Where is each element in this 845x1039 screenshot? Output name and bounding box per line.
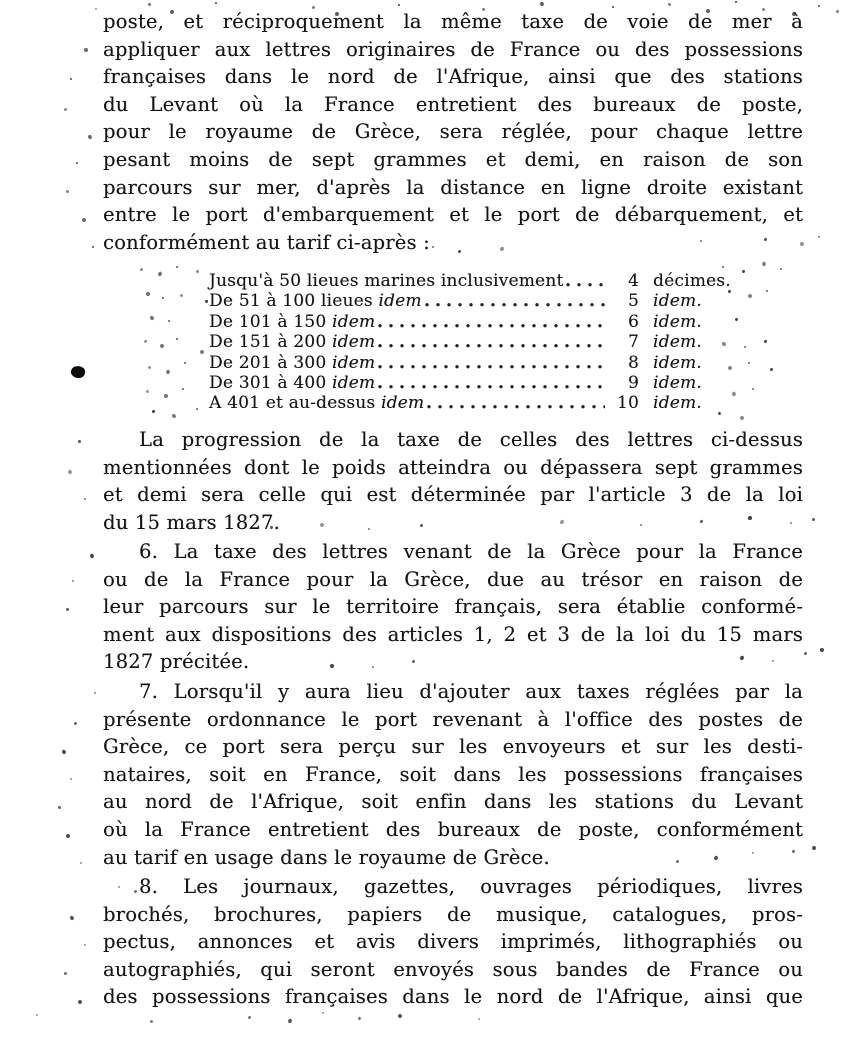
ink-speckle — [780, 268, 782, 270]
ink-speckle — [176, 266, 178, 268]
text-line: nataires, soit en France, soit dans les … — [103, 761, 803, 789]
text-line: 6. La taxe des lettres venant de la Grèc… — [103, 538, 803, 566]
tariff-value: 8 — [609, 353, 639, 373]
ink-speckle — [812, 518, 815, 521]
text-line: où la France entretient des bureaux de p… — [103, 816, 803, 844]
ink-speckle — [818, 236, 821, 239]
ink-speckle — [764, 340, 768, 344]
text-line: entre le port d'embarquement et le port … — [103, 201, 803, 229]
paragraph-progression-taxe: La progression de la taxe de celles des … — [103, 426, 803, 536]
paragraph-article-5-continuation: poste, et réciproquement la même taxe de… — [103, 8, 803, 256]
ink-speckle — [803, 651, 807, 655]
ink-speckle — [770, 368, 773, 371]
tariff-label: De 301 à 400 idem — [209, 373, 375, 393]
dot-leader — [377, 312, 605, 332]
text-line: au tarif en usage dans le royaume de Grè… — [103, 844, 803, 872]
paragraph-article-7: 7. Lorsqu'il y aura lieu d'ajouter aux t… — [103, 678, 803, 871]
tariff-row: De 201 à 300 idem 8 idem. — [103, 353, 753, 373]
ink-speckle — [76, 162, 79, 165]
ink-speckle — [66, 190, 69, 193]
ink-speckle — [357, 1016, 361, 1020]
tariff-label: De 151 à 200 idem — [209, 332, 375, 352]
text-line: parcours sur mer, d'après la distance en… — [103, 174, 803, 202]
text-line: appliquer aux lettres originaires de Fra… — [103, 36, 803, 64]
dot-leader — [426, 393, 605, 413]
tariff-unit: décimes. — [639, 271, 753, 291]
ink-speckle — [172, 414, 177, 419]
tariff-label: De 101 à 150 idem — [209, 312, 375, 332]
text-line: brochés, brochures, papiers de musique, … — [103, 901, 803, 929]
ink-speckle — [147, 2, 151, 6]
tariff-label: Jusqu'à 50 lieues marines inclusivement — [209, 271, 563, 291]
ink-speckle — [717, 411, 721, 415]
text-line: La progression de la taxe de celles des … — [103, 426, 803, 454]
ink-speckle — [87, 134, 92, 139]
ink-speckle — [61, 749, 66, 754]
ink-speckle — [78, 440, 81, 443]
text-line: pour le royaume de Grèce, sera réglée, p… — [103, 118, 803, 146]
ink-speckle — [89, 553, 95, 559]
ink-speckle — [70, 78, 73, 81]
ink-speckle — [58, 806, 61, 809]
ink-speckle — [64, 108, 68, 112]
dot-leader — [424, 291, 605, 311]
tariff-label: De 201 à 300 idem — [209, 353, 375, 373]
tariff-value: 6 — [609, 312, 639, 332]
ink-speckle — [248, 1016, 252, 1020]
text-line: Grèce, ce port sera perçu sur les envoye… — [103, 733, 803, 761]
tariff-unit: idem. — [639, 291, 753, 311]
text-line: ment aux dispositions des articles 1, 2 … — [103, 621, 803, 649]
ink-speckle — [766, 290, 769, 293]
ink-speckle — [735, 1, 737, 3]
ink-speckle — [65, 833, 71, 839]
text-line: 8. Les journaux, gazettes, ouvrages péri… — [103, 873, 803, 901]
tariff-unit: idem. — [639, 373, 753, 393]
ink-speckle — [372, 666, 374, 668]
paragraph-article-6: 6. La taxe des lettres venant de la Grèc… — [103, 538, 803, 676]
tariff-table: Jusqu'à 50 lieues marines inclusivement … — [103, 271, 753, 414]
ink-speckle — [74, 722, 78, 726]
paragraph-article-8: 8. Les journaux, gazettes, ouvrages péri… — [103, 873, 803, 1011]
text-line: 1827 précitée. — [103, 648, 803, 676]
dot-leader — [565, 271, 605, 291]
ink-speckle — [64, 972, 67, 975]
ink-speckle — [722, 342, 726, 346]
dot-leader — [377, 332, 605, 352]
ink-speckle — [184, 362, 186, 364]
ink-speckle — [69, 915, 74, 920]
ink-speckle — [752, 388, 754, 390]
text-line: et demi sera celle qui est déterminée pa… — [103, 481, 803, 509]
tariff-unit: idem. — [639, 312, 753, 332]
tariff-value: 7 — [609, 332, 639, 352]
ink-speckle — [800, 242, 805, 247]
text-line: du 15 mars 1827. — [103, 509, 803, 537]
ink-speckle — [322, 1012, 324, 1014]
ink-speckle — [95, 8, 97, 10]
ink-speckle — [72, 580, 75, 583]
ink-speckle — [84, 498, 86, 500]
text-line: au nord de l'Afrique, soit enfin dans le… — [103, 788, 803, 816]
tariff-row: De 51 à 100 lieues idem 5 idem. — [103, 291, 753, 311]
tariff-unit: idem. — [639, 353, 753, 373]
ink-speckle — [835, 9, 839, 13]
ink-speckle — [84, 48, 88, 52]
tariff-unit: idem. — [639, 332, 753, 352]
dot-leader — [377, 353, 605, 373]
ink-speckle — [739, 415, 744, 420]
text-line: françaises dans le nord de l'Afrique, ai… — [103, 63, 803, 91]
tariff-label: De 51 à 100 lieues idem — [209, 291, 422, 311]
text-line: mentionnées dont le poids atteindra ou d… — [103, 454, 803, 482]
ink-speckle — [94, 692, 97, 695]
tariff-row: A 401 et au-dessus idem 10 idem. — [103, 393, 753, 413]
ink-speckle — [67, 469, 73, 475]
tariff-value: 9 — [609, 373, 639, 393]
text-line: pesant moins de sept grammes et demi, en… — [103, 146, 803, 174]
text-line: poste, et réciproquement la même taxe de… — [103, 8, 803, 36]
ink-speckle — [668, 3, 671, 6]
ink-speckle — [70, 778, 73, 781]
ink-speckle — [150, 1020, 154, 1024]
tariff-value: 4 — [609, 271, 639, 291]
ink-blot — [69, 364, 86, 380]
ink-speckle — [398, 1014, 402, 1018]
dot-leader — [377, 373, 605, 393]
ink-speckle — [81, 217, 87, 223]
text-line: 7. Lorsqu'il y aura lieu d'ajouter aux t… — [103, 678, 803, 706]
text-line: des possessions françaises dans le nord … — [103, 983, 803, 1011]
ink-speckle — [398, 4, 401, 7]
tariff-value: 10 — [609, 393, 639, 413]
tariff-row: De 101 à 150 idem 6 idem. — [103, 312, 753, 332]
ink-speckle — [478, 1018, 481, 1021]
ink-speckle — [77, 999, 83, 1005]
text-line: leur parcours sur le territoire français… — [103, 593, 803, 621]
text-line: ou de la France pour la Grèce, due au tr… — [103, 566, 803, 594]
text-line: autographiés, qui seront envoyés sous ba… — [103, 956, 803, 984]
ink-speckle — [368, 528, 370, 530]
ink-speckle — [539, 1, 544, 6]
scanned-document-page: poste, et réciproquement la même taxe de… — [0, 0, 845, 1039]
ink-speckle — [215, 2, 218, 5]
ink-speckle — [92, 246, 94, 248]
ink-speckle — [812, 846, 816, 850]
ink-speckle — [36, 1014, 38, 1016]
ink-speckle — [80, 862, 82, 864]
ink-speckle — [818, 5, 820, 7]
tariff-row: Jusqu'à 50 lieues marines inclusivement … — [103, 271, 753, 291]
ink-speckle — [84, 944, 87, 947]
text-line: présente ordonnance le port revenant à l… — [103, 706, 803, 734]
text-line: du Levant où la France entretient des bu… — [103, 91, 803, 119]
text-line: pectus, annonces et avis divers imprimés… — [103, 928, 803, 956]
ink-speckle — [761, 261, 767, 267]
tariff-value: 5 — [609, 291, 639, 311]
ink-speckle — [722, 266, 725, 269]
tariff-label: A 401 et au-dessus idem — [209, 393, 424, 413]
ink-speckle — [820, 648, 824, 652]
ink-speckle — [287, 1018, 292, 1023]
tariff-row: De 301 à 400 idem 9 idem. — [103, 373, 753, 393]
ink-speckle — [66, 608, 70, 612]
text-line: conformément au tarif ci-après : — [103, 229, 803, 257]
tariff-unit: idem. — [639, 393, 753, 413]
